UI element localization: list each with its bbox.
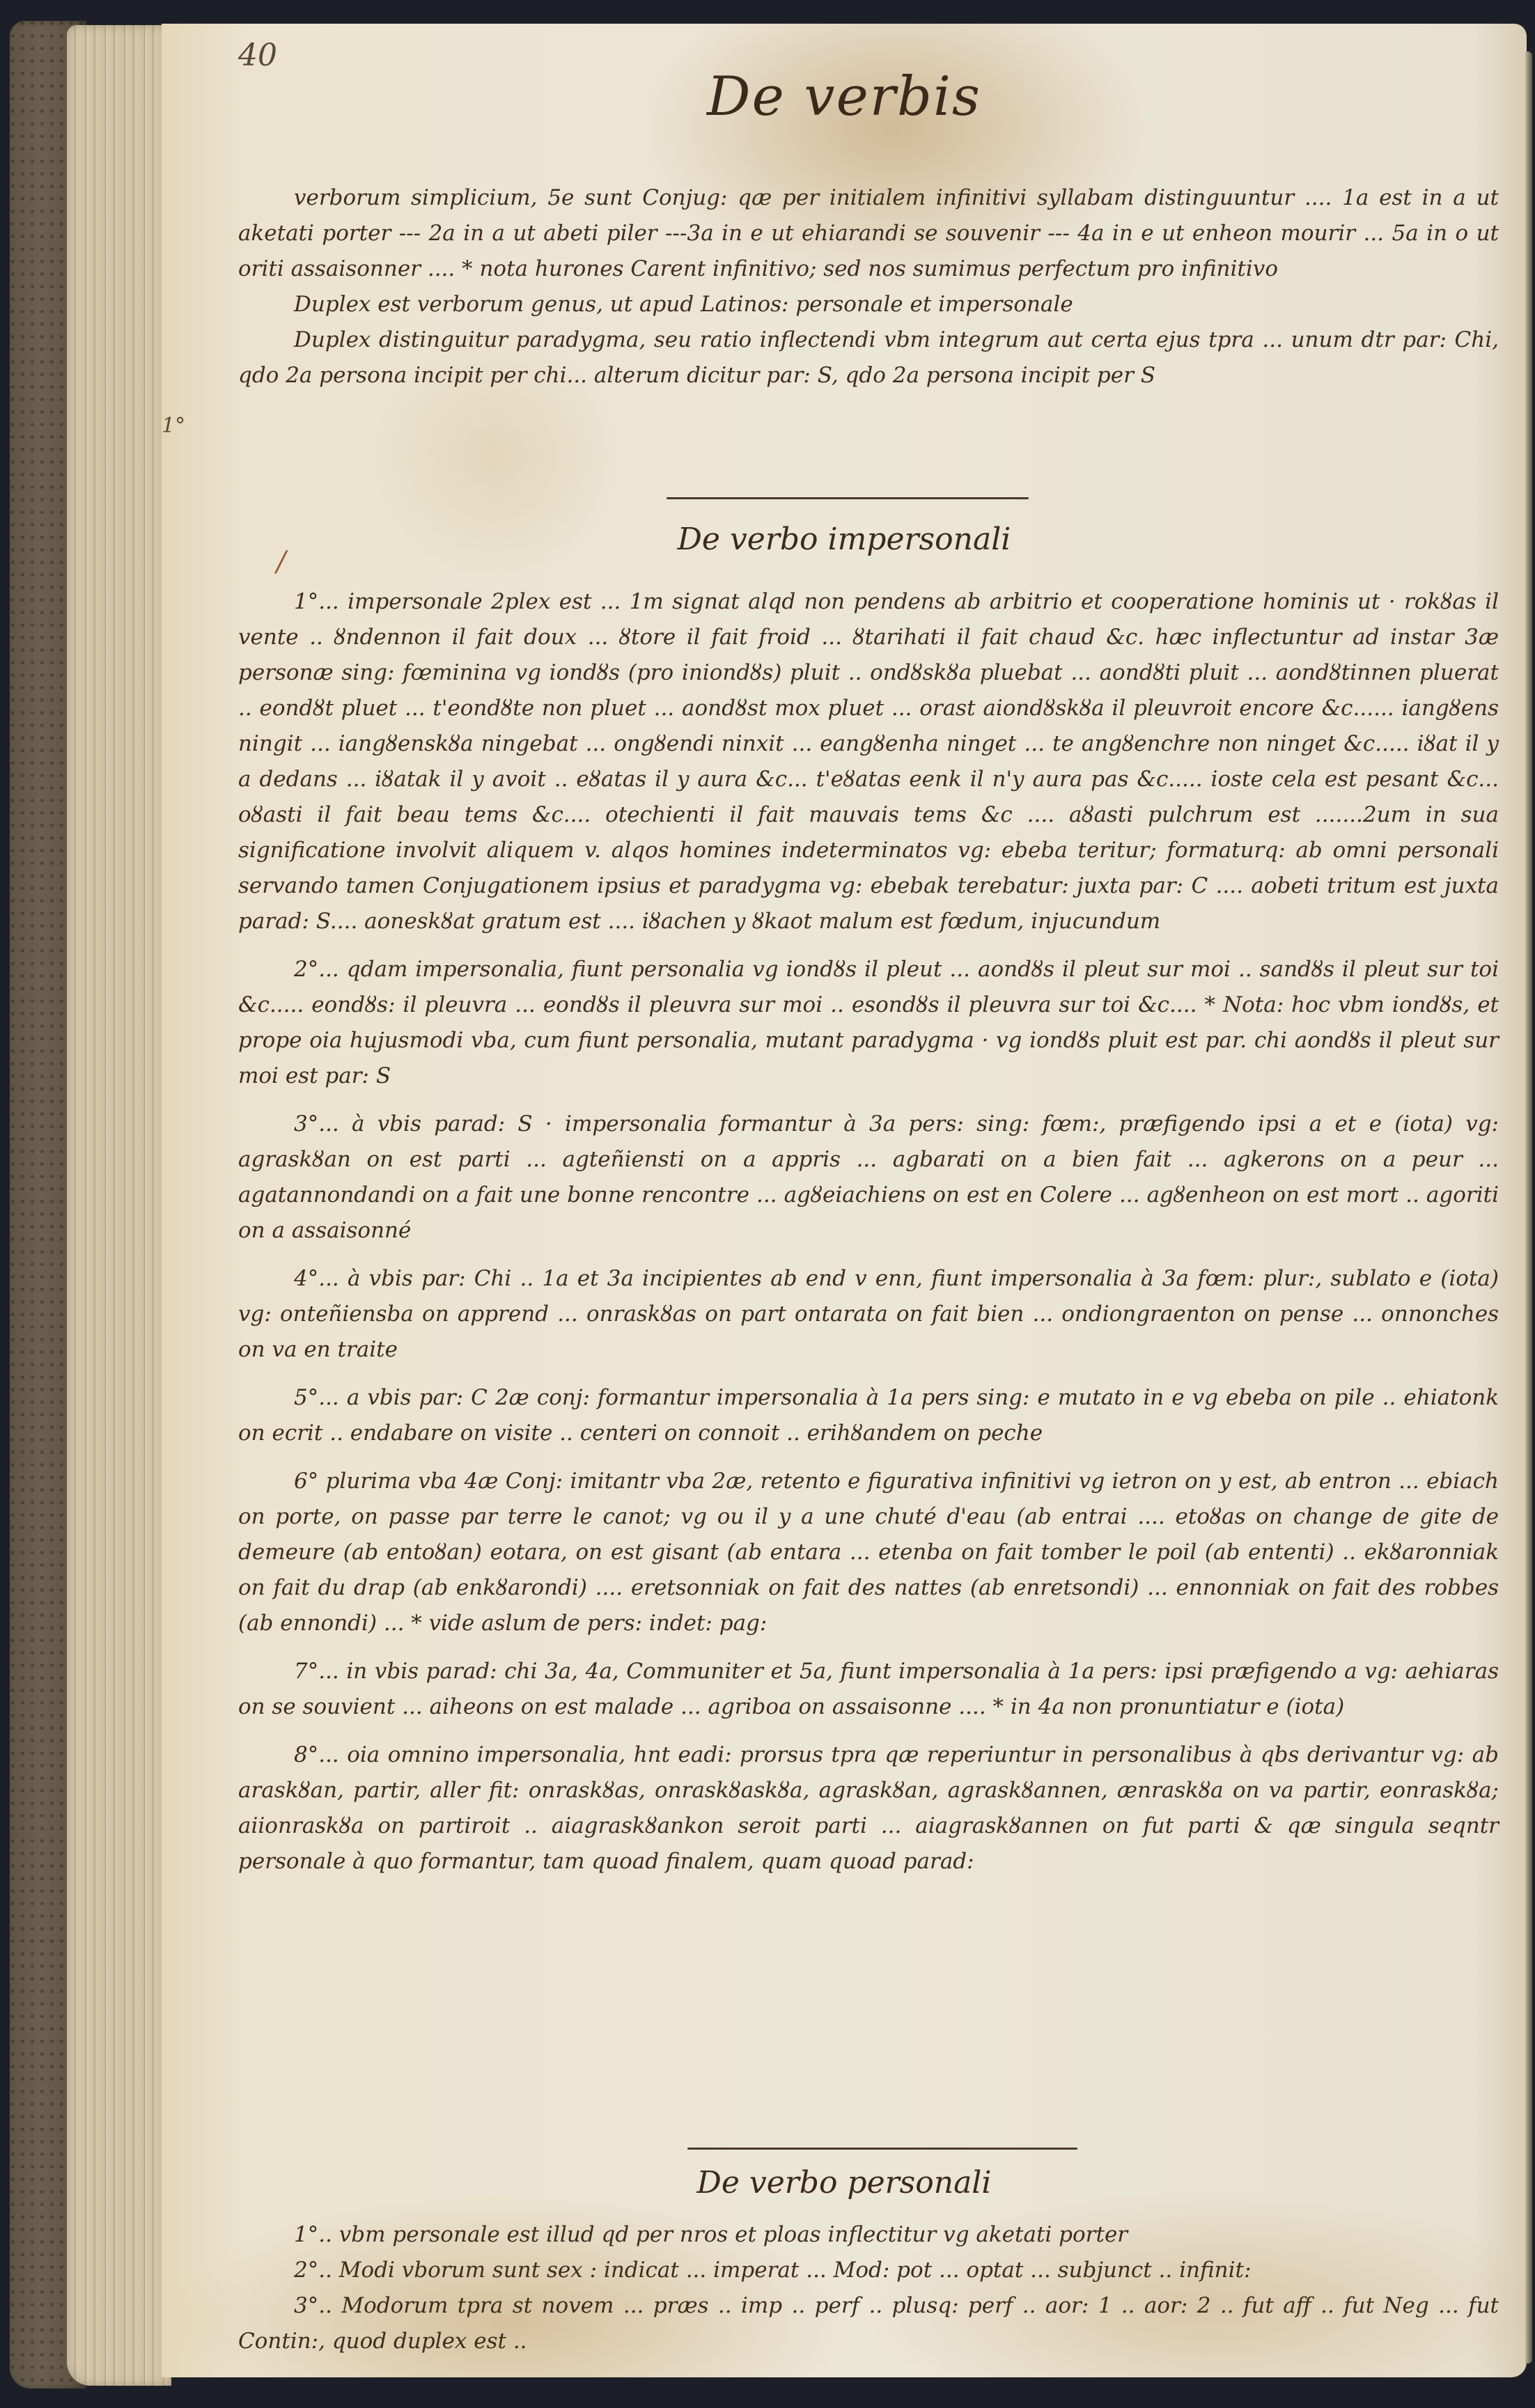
intro-text: verborum simplicium, 5e sunt Conjug: qæ … <box>238 180 1499 393</box>
manuscript-page: 40 1° / De verbis verborum simplicium, 5… <box>162 24 1527 2377</box>
impersonal-section-text: 1°... impersonale 2plex est ... 1m signa… <box>238 584 1499 1879</box>
paragraph: 2°.. Modi vborum sunt sex : indicat ... … <box>238 2253 1499 2288</box>
section-divider <box>667 497 1029 499</box>
paragraph: verborum simplicium, 5e sunt Conjug: qæ … <box>238 180 1499 287</box>
page-edges <box>67 25 171 2386</box>
paragraph: Duplex distinguitur paradygma, seu ratio… <box>238 322 1499 393</box>
personal-section-text: 1°.. vbm personale est illud qd per nros… <box>238 2217 1499 2359</box>
paragraph: 6° plurima vba 4æ Conj: imitantr vba 2æ,… <box>238 1464 1499 1641</box>
section-heading: De verbo personali <box>162 2165 1527 2200</box>
paragraph: 3°... à vbis parad: S · impersonalia for… <box>238 1107 1499 1249</box>
paragraph: 7°... in vbis parad: chi 3a, 4a, Communi… <box>238 1654 1499 1725</box>
section-divider <box>687 2148 1077 2150</box>
paragraph: Duplex est verborum genus, ut apud Latin… <box>238 287 1499 322</box>
paragraph: 1°... impersonale 2plex est ... 1m signa… <box>238 584 1499 939</box>
margin-note: 1° <box>162 414 185 438</box>
paragraph: 2°... qdam impersonalia, fiunt personali… <box>238 952 1499 1094</box>
section-heading: De verbo impersonali <box>162 522 1527 557</box>
paragraph: 3°.. Modorum tpra st novem ... præs .. i… <box>238 2288 1499 2359</box>
paragraph: 4°... à vbis par: Chi .. 1a et 3a incipi… <box>238 1261 1499 1368</box>
paragraph: 5°... a vbis par: C 2æ conj: formantur i… <box>238 1380 1499 1451</box>
paragraph: 1°.. vbm personale est illud qd per nros… <box>238 2217 1499 2253</box>
page-title: De verbis <box>162 65 1527 128</box>
paragraph: 8°... oia omnino impersonalia, hnt eadi:… <box>238 1737 1499 1879</box>
